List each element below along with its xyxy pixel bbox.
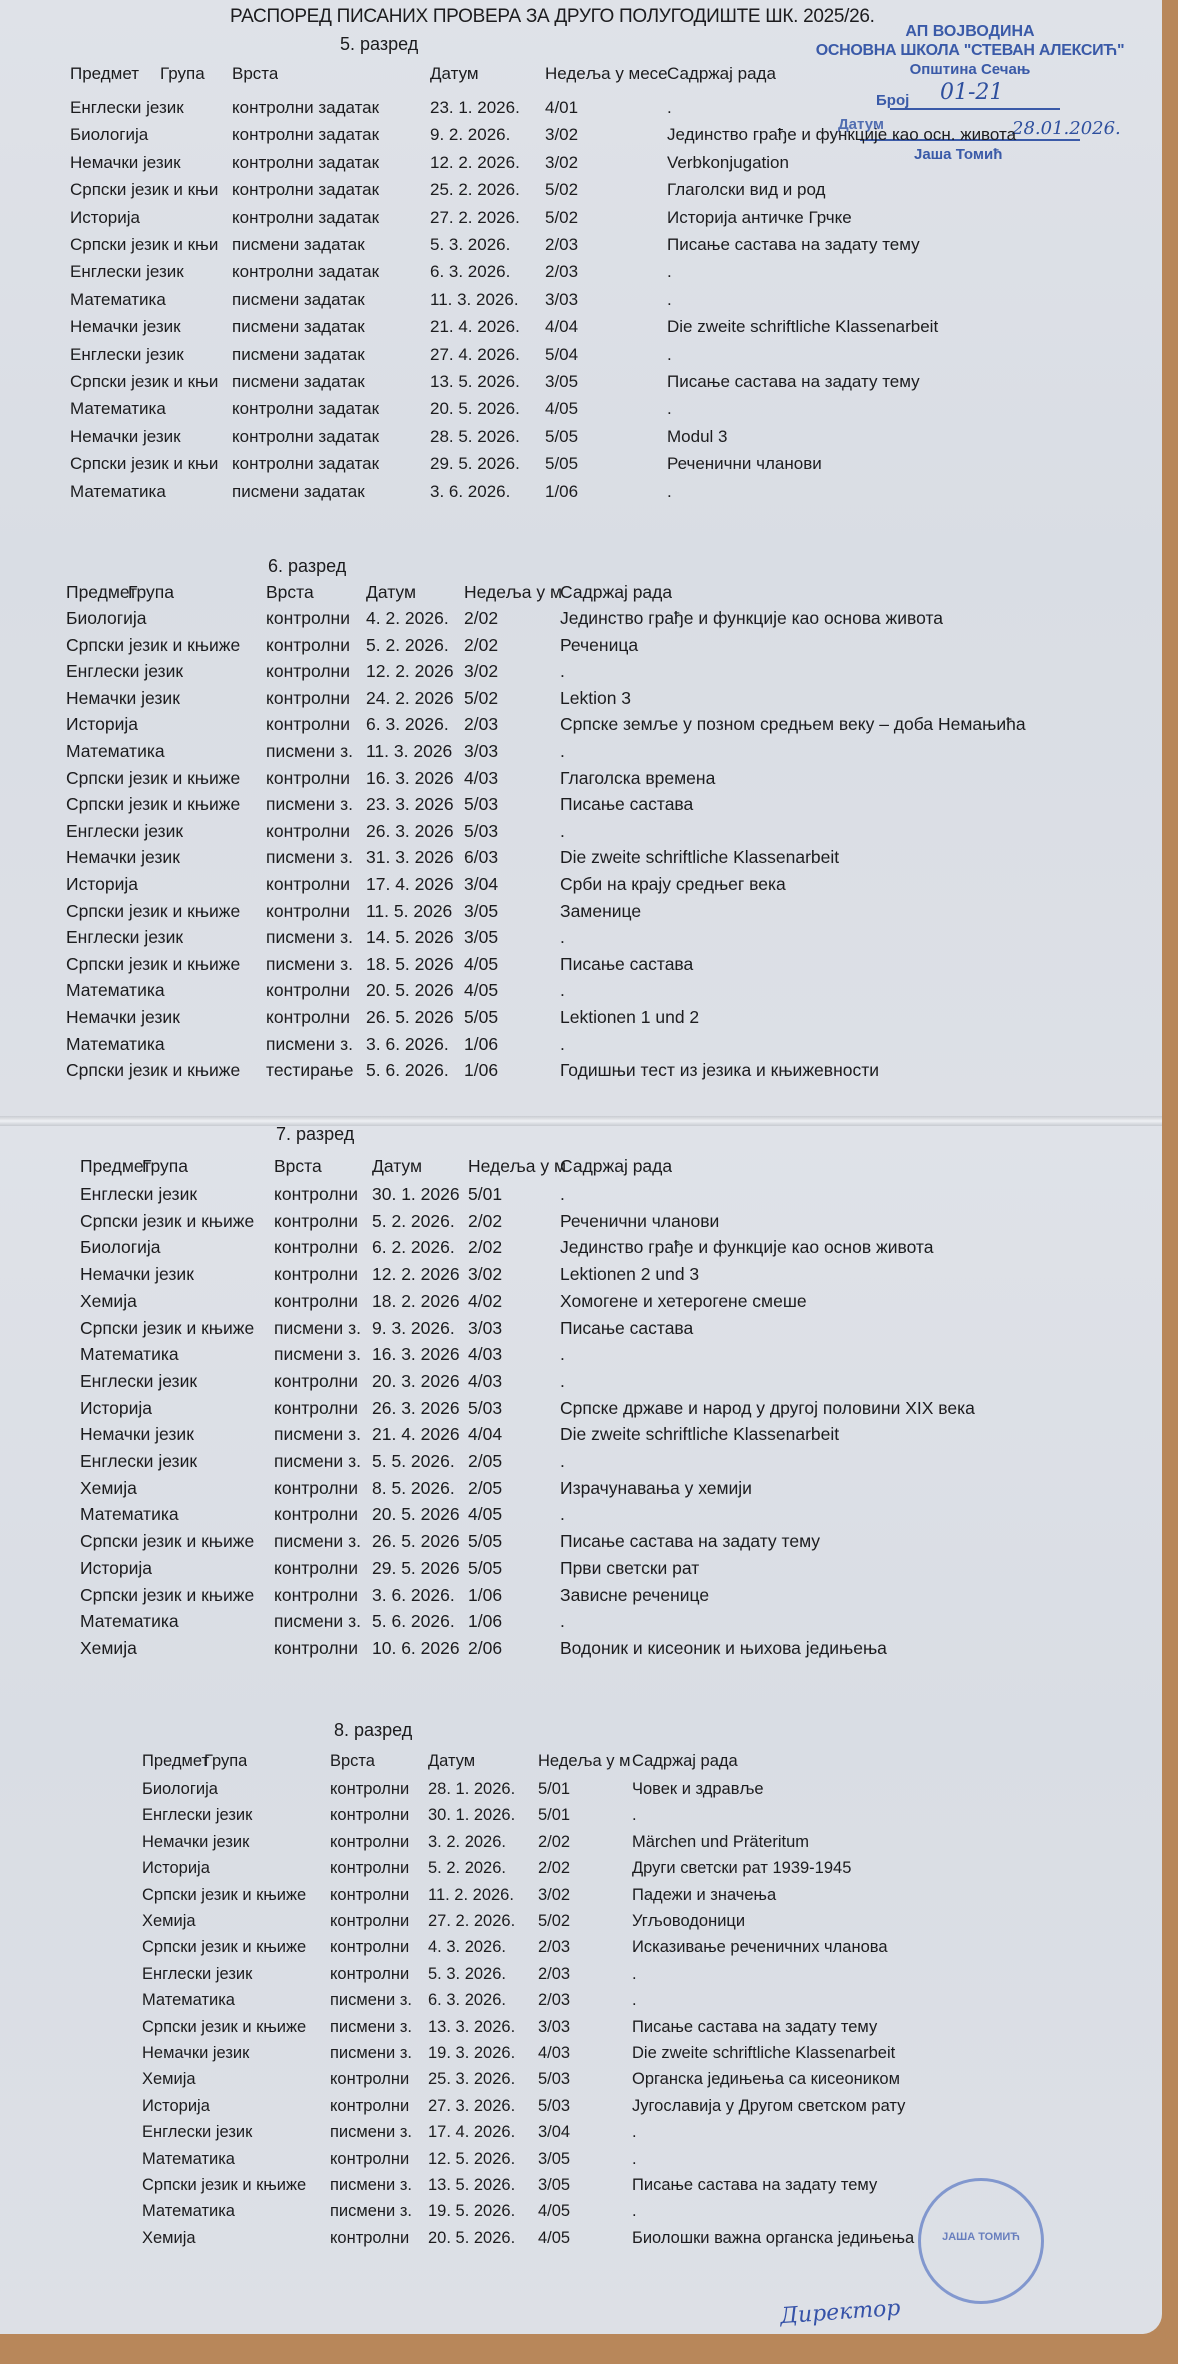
cell-date: 31. 3. 2026	[366, 847, 464, 868]
document-title: РАСПОРЕД ПИСАНИХ ПРОВЕРА ЗА ДРУГО ПОЛУГО…	[230, 6, 875, 28]
cell-content: Други светски рат 1939-1945	[632, 1859, 1152, 1878]
cell-content: .	[560, 1504, 1120, 1525]
cell-subject: Хемија	[142, 1912, 330, 1931]
cell-content: Писање састава на задату тему	[667, 235, 1147, 255]
cell-week: 2/02	[538, 1833, 632, 1852]
cell-subject: Српски језик и књиже	[80, 1531, 274, 1552]
cell-week: 2/03	[545, 262, 667, 282]
cell-content: .	[560, 661, 1120, 682]
cell-week: 5/03	[538, 2070, 632, 2089]
cell-content: .	[667, 290, 1147, 310]
cell-subject: Енглески језик	[70, 345, 232, 365]
cell-content: Српске државе и народ у другој половини …	[560, 1398, 1120, 1419]
cell-date: 5. 2. 2026.	[372, 1211, 468, 1232]
cell-date: 5. 6. 2026.	[366, 1060, 464, 1081]
cell-type: контролни	[330, 2070, 428, 2089]
cell-type: писмени з.	[266, 954, 366, 975]
cell-content: Хомогене и хетерогене смеше	[560, 1291, 1120, 1312]
cell-content: Човек и здравље	[632, 1780, 1152, 1799]
cell-content: Јединство грађе и функције као осн. живо…	[667, 125, 1147, 145]
cell-subject: Математика	[70, 290, 232, 310]
cell-week: 6/03	[464, 847, 560, 868]
cell-date: 5. 3. 2026.	[428, 1965, 538, 1984]
cell-date: 21. 4. 2026.	[430, 317, 545, 337]
cell-date: 10. 6. 2026	[372, 1638, 468, 1659]
cell-date: 4. 3. 2026.	[428, 1938, 538, 1957]
cell-subject: Српски језик и књиже	[80, 1318, 274, 1339]
cell-date: 26. 5. 2026	[372, 1531, 468, 1552]
cell-week: 4/02	[468, 1291, 560, 1312]
cell-type: контролни	[330, 1938, 428, 1957]
cell-date: 20. 5. 2026.	[428, 2229, 538, 2248]
cell-type: контролни	[330, 1912, 428, 1931]
cell-subject: Математика	[66, 741, 266, 762]
cell-content: Die zweite schriftliche Klassenarbeit	[632, 2044, 1152, 2063]
cell-subject: Историја	[142, 1859, 330, 1878]
cell-type: контролни	[330, 1886, 428, 1905]
cell-type: контролни	[266, 608, 366, 629]
cell-subject: Српски језик и књи	[70, 372, 232, 392]
cell-date: 27. 3. 2026.	[428, 2097, 538, 2116]
cell-subject: Историја	[80, 1558, 274, 1579]
header-subject: Предмет	[80, 1156, 151, 1177]
cell-week: 5/04	[545, 345, 667, 365]
cell-week: 4/05	[538, 2202, 632, 2221]
cell-content: Глаголски вид и род	[667, 180, 1147, 200]
cell-type: писмени з.	[274, 1318, 372, 1339]
header-week: Недеља у м	[468, 1156, 566, 1177]
cell-date: 29. 5. 2026.	[430, 454, 545, 474]
cell-type: контролни	[330, 2150, 428, 2169]
cell-week: 3/05	[464, 927, 560, 948]
cell-content: Глаголска времена	[560, 768, 1120, 789]
cell-subject: Хемија	[142, 2070, 330, 2089]
cell-week: 2/05	[468, 1451, 560, 1472]
cell-type: писмени з.	[274, 1611, 372, 1632]
cell-week: 5/03	[464, 794, 560, 815]
cell-week: 2/02	[464, 608, 560, 629]
cell-date: 11. 3. 2026.	[430, 290, 545, 310]
cell-content: Први светски рат	[560, 1558, 1120, 1579]
cell-content: Југославија у Другом светском рату	[632, 2097, 1152, 2116]
cell-type: контролни	[266, 1007, 366, 1028]
cell-week: 4/05	[538, 2229, 632, 2248]
cell-type: контролни задатак	[232, 454, 430, 474]
cell-week: 5/02	[538, 1912, 632, 1931]
cell-subject: Енглески језик	[70, 98, 232, 118]
cell-content: Реченични чланови	[560, 1211, 1120, 1232]
cell-week: 4/05	[468, 1504, 560, 1525]
cell-content: .	[560, 1184, 1120, 1205]
cell-subject: Историја	[66, 874, 266, 895]
cell-type: контролни	[274, 1558, 372, 1579]
cell-week: 4/03	[468, 1344, 560, 1365]
stamp-municipality: Општина Сечањ	[810, 60, 1130, 79]
cell-type: писмени з.	[330, 2123, 428, 2142]
cell-content: Израчунавања у хемији	[560, 1478, 1120, 1499]
cell-type: контролни	[266, 714, 366, 735]
grade-title: 7. разред	[276, 1124, 354, 1145]
stamp-school-name: ОСНОВНА ШКОЛА "СТЕВАН АЛЕКСИЋ"	[810, 41, 1130, 60]
cell-type: контролни	[330, 2229, 428, 2248]
header-content: Садржај рада	[632, 1752, 738, 1771]
cell-date: 17. 4. 2026.	[428, 2123, 538, 2142]
cell-date: 4. 2. 2026.	[366, 608, 464, 629]
cell-date: 24. 2. 2026	[366, 688, 464, 709]
cell-content: Lektionen 2 und 3	[560, 1264, 1120, 1285]
stamp-region: АП ВОЈВОДИНА	[810, 22, 1130, 41]
cell-week: 2/03	[538, 1991, 632, 2010]
cell-content: Водоник и кисеоник и њихова једињења	[560, 1638, 1120, 1659]
cell-content: Срби на крају средњег века	[560, 874, 1120, 895]
cell-date: 5. 3. 2026.	[430, 235, 545, 255]
cell-week: 2/02	[464, 635, 560, 656]
cell-content: .	[632, 2202, 1152, 2221]
cell-date: 19. 3. 2026.	[428, 2044, 538, 2063]
cell-content: Зависне реченице	[560, 1585, 1120, 1606]
cell-type: контролни	[266, 688, 366, 709]
cell-date: 3. 2. 2026.	[428, 1833, 538, 1852]
cell-content: Die zweite schriftliche Klassenarbeit	[560, 847, 1120, 868]
cell-type: писмени з.	[266, 794, 366, 815]
cell-type: контролни	[274, 1264, 372, 1285]
cell-subject: Математика	[80, 1504, 274, 1525]
cell-subject: Немачки језик	[80, 1264, 274, 1285]
cell-type: контролни	[274, 1211, 372, 1232]
header-type: Врста	[330, 1752, 375, 1771]
cell-week: 1/06	[468, 1611, 560, 1632]
cell-subject: Хемија	[80, 1638, 274, 1659]
cell-subject: Српски језик и књиже	[66, 794, 266, 815]
cell-week: 3/05	[464, 901, 560, 922]
cell-content: .	[667, 482, 1147, 502]
cell-week: 4/04	[468, 1424, 560, 1445]
cell-week: 2/03	[538, 1965, 632, 1984]
cell-date: 12. 2. 2026	[372, 1264, 468, 1285]
cell-date: 17. 4. 2026	[366, 874, 464, 895]
cell-subject: Енглески језик	[70, 262, 232, 282]
cell-type: контролни	[266, 661, 366, 682]
cell-content: .	[560, 1451, 1120, 1472]
cell-content: Српске земље у позном средњем веку – доб…	[560, 714, 1120, 735]
cell-week: 3/03	[545, 290, 667, 310]
cell-subject: Немачки језик	[142, 2044, 330, 2063]
cell-week: 3/03	[468, 1318, 560, 1339]
cell-content: Märchen und Präteritum	[632, 1833, 1152, 1852]
header-week: Недеља у м	[464, 582, 562, 603]
cell-content: Die zweite schriftliche Klassenarbeit	[560, 1424, 1120, 1445]
cell-week: 3/03	[464, 741, 560, 762]
cell-subject: Математика	[70, 399, 232, 419]
cell-content: Verbkonjugation	[667, 153, 1147, 173]
cell-subject: Енглески језик	[66, 661, 266, 682]
cell-type: контролни	[266, 821, 366, 842]
cell-content: Историја античке Грчке	[667, 208, 1147, 228]
cell-date: 3. 6. 2026.	[372, 1585, 468, 1606]
cell-content: .	[560, 1034, 1120, 1055]
cell-date: 16. 3. 2026	[372, 1344, 468, 1365]
cell-content: Писање састава на задату тему	[560, 1531, 1120, 1552]
cell-subject: Немачки језик	[66, 1007, 266, 1028]
header-subject: Предмет	[142, 1752, 209, 1771]
cell-content: Заменице	[560, 901, 1120, 922]
cell-date: 26. 3. 2026	[372, 1398, 468, 1419]
cell-subject: Немачки језик	[142, 1833, 330, 1852]
cell-week: 4/03	[468, 1371, 560, 1392]
cell-type: контролни	[274, 1585, 372, 1606]
cell-date: 9. 2. 2026.	[430, 125, 545, 145]
cell-subject: Математика	[80, 1611, 274, 1632]
cell-subject: Српски језик и књи	[70, 454, 232, 474]
cell-date: 14. 5. 2026	[366, 927, 464, 948]
cell-week: 1/06	[464, 1034, 560, 1055]
cell-subject: Енглески језик	[80, 1451, 274, 1472]
cell-subject: Енглески језик	[80, 1371, 274, 1392]
cell-week: 2/02	[468, 1237, 560, 1258]
cell-date: 12. 5. 2026.	[428, 2150, 538, 2169]
cell-type: писмени з.	[266, 927, 366, 948]
header-week: Недеља у м	[538, 1752, 630, 1771]
cell-type: контролни	[266, 980, 366, 1001]
cell-date: 6. 3. 2026.	[430, 262, 545, 282]
cell-week: 3/05	[538, 2150, 632, 2169]
cell-subject: Српски језик и књи	[70, 180, 232, 200]
cell-type: писмени задатак	[232, 290, 430, 310]
cell-content: .	[560, 1344, 1120, 1365]
cell-week: 3/02	[545, 125, 667, 145]
cell-type: контролни	[330, 1780, 428, 1799]
header-subject: Предмет	[66, 582, 137, 603]
cell-type: писмени з.	[274, 1531, 372, 1552]
header-type: Врста	[274, 1156, 322, 1177]
cell-subject: Математика	[142, 1991, 330, 2010]
cell-subject: Биологија	[80, 1237, 274, 1258]
cell-date: 11. 5. 2026	[366, 901, 464, 922]
cell-content: .	[667, 399, 1147, 419]
cell-week: 5/05	[468, 1558, 560, 1579]
header-date: Датум	[366, 582, 416, 603]
cell-type: контролни задатак	[232, 262, 430, 282]
cell-week: 4/05	[464, 980, 560, 1001]
cell-subject: Математика	[66, 980, 266, 1001]
cell-type: писмени з.	[330, 2176, 428, 2195]
cell-week: 5/03	[538, 2097, 632, 2116]
header-group: Група	[204, 1752, 247, 1771]
cell-week: 2/06	[468, 1638, 560, 1659]
cell-date: 27. 2. 2026.	[428, 1912, 538, 1931]
cell-date: 11. 2. 2026.	[428, 1886, 538, 1905]
cell-subject: Хемија	[80, 1291, 274, 1312]
cell-week: 4/05	[464, 954, 560, 975]
cell-week: 5/01	[468, 1184, 560, 1205]
cell-date: 20. 5. 2026	[372, 1504, 468, 1525]
header-group: Група	[160, 64, 205, 84]
cell-date: 28. 1. 2026.	[428, 1780, 538, 1799]
cell-type: писмени з.	[330, 2018, 428, 2037]
cell-content: .	[560, 927, 1120, 948]
cell-content: Modul 3	[667, 427, 1147, 447]
cell-subject: Српски језик и књиже	[66, 768, 266, 789]
cell-date: 3. 6. 2026.	[430, 482, 545, 502]
header-subject: Предмет	[70, 64, 139, 84]
cell-week: 1/06	[468, 1585, 560, 1606]
cell-date: 30. 1. 2026.	[428, 1806, 538, 1825]
cell-content: Писање састава на задату тему	[667, 372, 1147, 392]
grade-title: 8. разред	[334, 1720, 412, 1741]
cell-subject: Српски језик и књиже	[80, 1585, 274, 1606]
cell-type: писмени з.	[266, 741, 366, 762]
cell-date: 5. 2. 2026.	[428, 1859, 538, 1878]
cell-type: контролни задатак	[232, 180, 430, 200]
cell-subject: Биологија	[66, 608, 266, 629]
cell-subject: Енглески језик	[142, 2123, 330, 2142]
cell-content: Падежи и значења	[632, 1886, 1152, 1905]
cell-date: 5. 2. 2026.	[366, 635, 464, 656]
cell-content: .	[632, 2150, 1152, 2169]
cell-subject: Српски језик и књиже	[66, 901, 266, 922]
cell-week: 5/05	[545, 454, 667, 474]
cell-subject: Математика	[70, 482, 232, 502]
cell-content: Lektion 3	[560, 688, 1120, 709]
cell-week: 2/03	[538, 1938, 632, 1957]
cell-type: писмени з.	[266, 1034, 366, 1055]
cell-type: писмени з.	[266, 847, 366, 868]
cell-week: 4/05	[545, 399, 667, 419]
cell-type: контролни	[274, 1504, 372, 1525]
cell-date: 5. 6. 2026.	[372, 1611, 468, 1632]
cell-subject: Хемија	[80, 1478, 274, 1499]
cell-subject: Биологија	[142, 1780, 330, 1799]
cell-content: Die zweite schriftliche Klassenarbeit	[667, 317, 1147, 337]
cell-type: писмени з.	[330, 2044, 428, 2063]
cell-type: писмени з.	[274, 1344, 372, 1365]
cell-content: Биолошки важна органска једињења	[632, 2229, 1152, 2248]
cell-type: писмени з.	[274, 1451, 372, 1472]
cell-week: 5/02	[545, 180, 667, 200]
cell-date: 3. 6. 2026.	[366, 1034, 464, 1055]
cell-content: .	[560, 821, 1120, 842]
cell-week: 1/06	[464, 1060, 560, 1081]
cell-week: 3/04	[538, 2123, 632, 2142]
cell-week: 5/03	[468, 1398, 560, 1419]
cell-subject: Енглески језик	[80, 1184, 274, 1205]
cell-subject: Српски језик и књиже	[142, 1886, 330, 1905]
cell-subject: Биологија	[70, 125, 232, 145]
cell-content: Реченица	[560, 635, 1120, 656]
cell-type: контролни	[266, 874, 366, 895]
cell-content: Реченични чланови	[667, 454, 1147, 474]
cell-content: .	[667, 262, 1147, 282]
cell-type: контролни	[266, 768, 366, 789]
cell-content: .	[560, 1611, 1120, 1632]
cell-week: 3/02	[464, 661, 560, 682]
cell-date: 6. 3. 2026.	[428, 1991, 538, 2010]
cell-type: контролни	[330, 1806, 428, 1825]
cell-subject: Немачки језик	[80, 1424, 274, 1445]
header-date: Датум	[430, 64, 479, 84]
cell-type: контролни	[330, 1859, 428, 1878]
cell-subject: Немачки језик	[66, 688, 266, 709]
header-date: Датум	[428, 1752, 475, 1771]
cell-content: Писање састава	[560, 1318, 1120, 1339]
cell-content: .	[632, 1991, 1152, 2010]
cell-subject: Српски језик и књиже	[66, 1060, 266, 1081]
cell-type: контролни	[274, 1237, 372, 1258]
cell-type: писмени задатак	[232, 317, 430, 337]
header-week: Недеља у месе	[545, 64, 668, 84]
cell-type: писмени задатак	[232, 482, 430, 502]
cell-subject: Енглески језик	[142, 1965, 330, 1984]
cell-date: 18. 5. 2026	[366, 954, 464, 975]
cell-date: 20. 3. 2026	[372, 1371, 468, 1392]
cell-subject: Српски језик и књиже	[142, 2176, 330, 2195]
cell-content: .	[667, 98, 1147, 118]
cell-date: 8. 5. 2026.	[372, 1478, 468, 1499]
school-stamp: АП ВОЈВОДИНА ОСНОВНА ШКОЛА "СТЕВАН АЛЕКС…	[810, 22, 1130, 79]
cell-date: 9. 3. 2026.	[372, 1318, 468, 1339]
cell-subject: Српски језик и књи	[70, 235, 232, 255]
cell-date: 13. 5. 2026.	[428, 2176, 538, 2195]
cell-type: контролни задатак	[232, 98, 430, 118]
cell-week: 5/01	[538, 1806, 632, 1825]
cell-week: 3/03	[538, 2018, 632, 2037]
cell-subject: Немачки језик	[66, 847, 266, 868]
cell-type: контролни задатак	[232, 125, 430, 145]
cell-date: 27. 2. 2026.	[430, 208, 545, 228]
cell-subject: Историја	[70, 208, 232, 228]
cell-week: 3/05	[545, 372, 667, 392]
cell-week: 5/05	[464, 1007, 560, 1028]
cell-date: 28. 5. 2026.	[430, 427, 545, 447]
cell-content: Lektionen 1 und 2	[560, 1007, 1120, 1028]
cell-subject: Немачки језик	[70, 427, 232, 447]
cell-week: 3/02	[545, 153, 667, 173]
cell-week: 5/05	[545, 427, 667, 447]
cell-content: Писање састава	[560, 954, 1120, 975]
cell-week: 4/03	[464, 768, 560, 789]
cell-date: 11. 3. 2026	[366, 741, 464, 762]
cell-date: 23. 1. 2026.	[430, 98, 545, 118]
cell-week: 2/03	[545, 235, 667, 255]
cell-subject: Српски језик и књиже	[142, 2018, 330, 2037]
header-content: Садржај рада	[560, 1156, 672, 1177]
cell-subject: Енглески језик	[66, 927, 266, 948]
cell-week: 4/04	[545, 317, 667, 337]
header-group: Група	[128, 582, 174, 603]
cell-date: 6. 3. 2026.	[366, 714, 464, 735]
cell-week: 3/02	[468, 1264, 560, 1285]
cell-date: 20. 5. 2026.	[430, 399, 545, 419]
cell-type: контролни задатак	[232, 208, 430, 228]
cell-date: 19. 5. 2026.	[428, 2202, 538, 2221]
cell-subject: Српски језик и књиже	[80, 1211, 274, 1232]
cell-type: контролни	[266, 635, 366, 656]
cell-type: контролни	[266, 901, 366, 922]
cell-content: Писање састава на задату тему	[632, 2018, 1152, 2037]
cell-date: 18. 2. 2026	[372, 1291, 468, 1312]
cell-subject: Математика	[142, 2202, 330, 2221]
cell-date: 20. 5. 2026	[366, 980, 464, 1001]
cell-date: 5. 5. 2026.	[372, 1451, 468, 1472]
cell-week: 5/01	[538, 1780, 632, 1799]
cell-date: 25. 3. 2026.	[428, 2070, 538, 2089]
cell-date: 13. 5. 2026.	[430, 372, 545, 392]
cell-date: 21. 4. 2026	[372, 1424, 468, 1445]
cell-content: Органска једињења са кисеоником	[632, 2070, 1152, 2089]
cell-week: 1/06	[545, 482, 667, 502]
cell-subject: Немачки језик	[70, 153, 232, 173]
cell-content: Јединство грађе и функције као основа жи…	[560, 608, 1120, 629]
